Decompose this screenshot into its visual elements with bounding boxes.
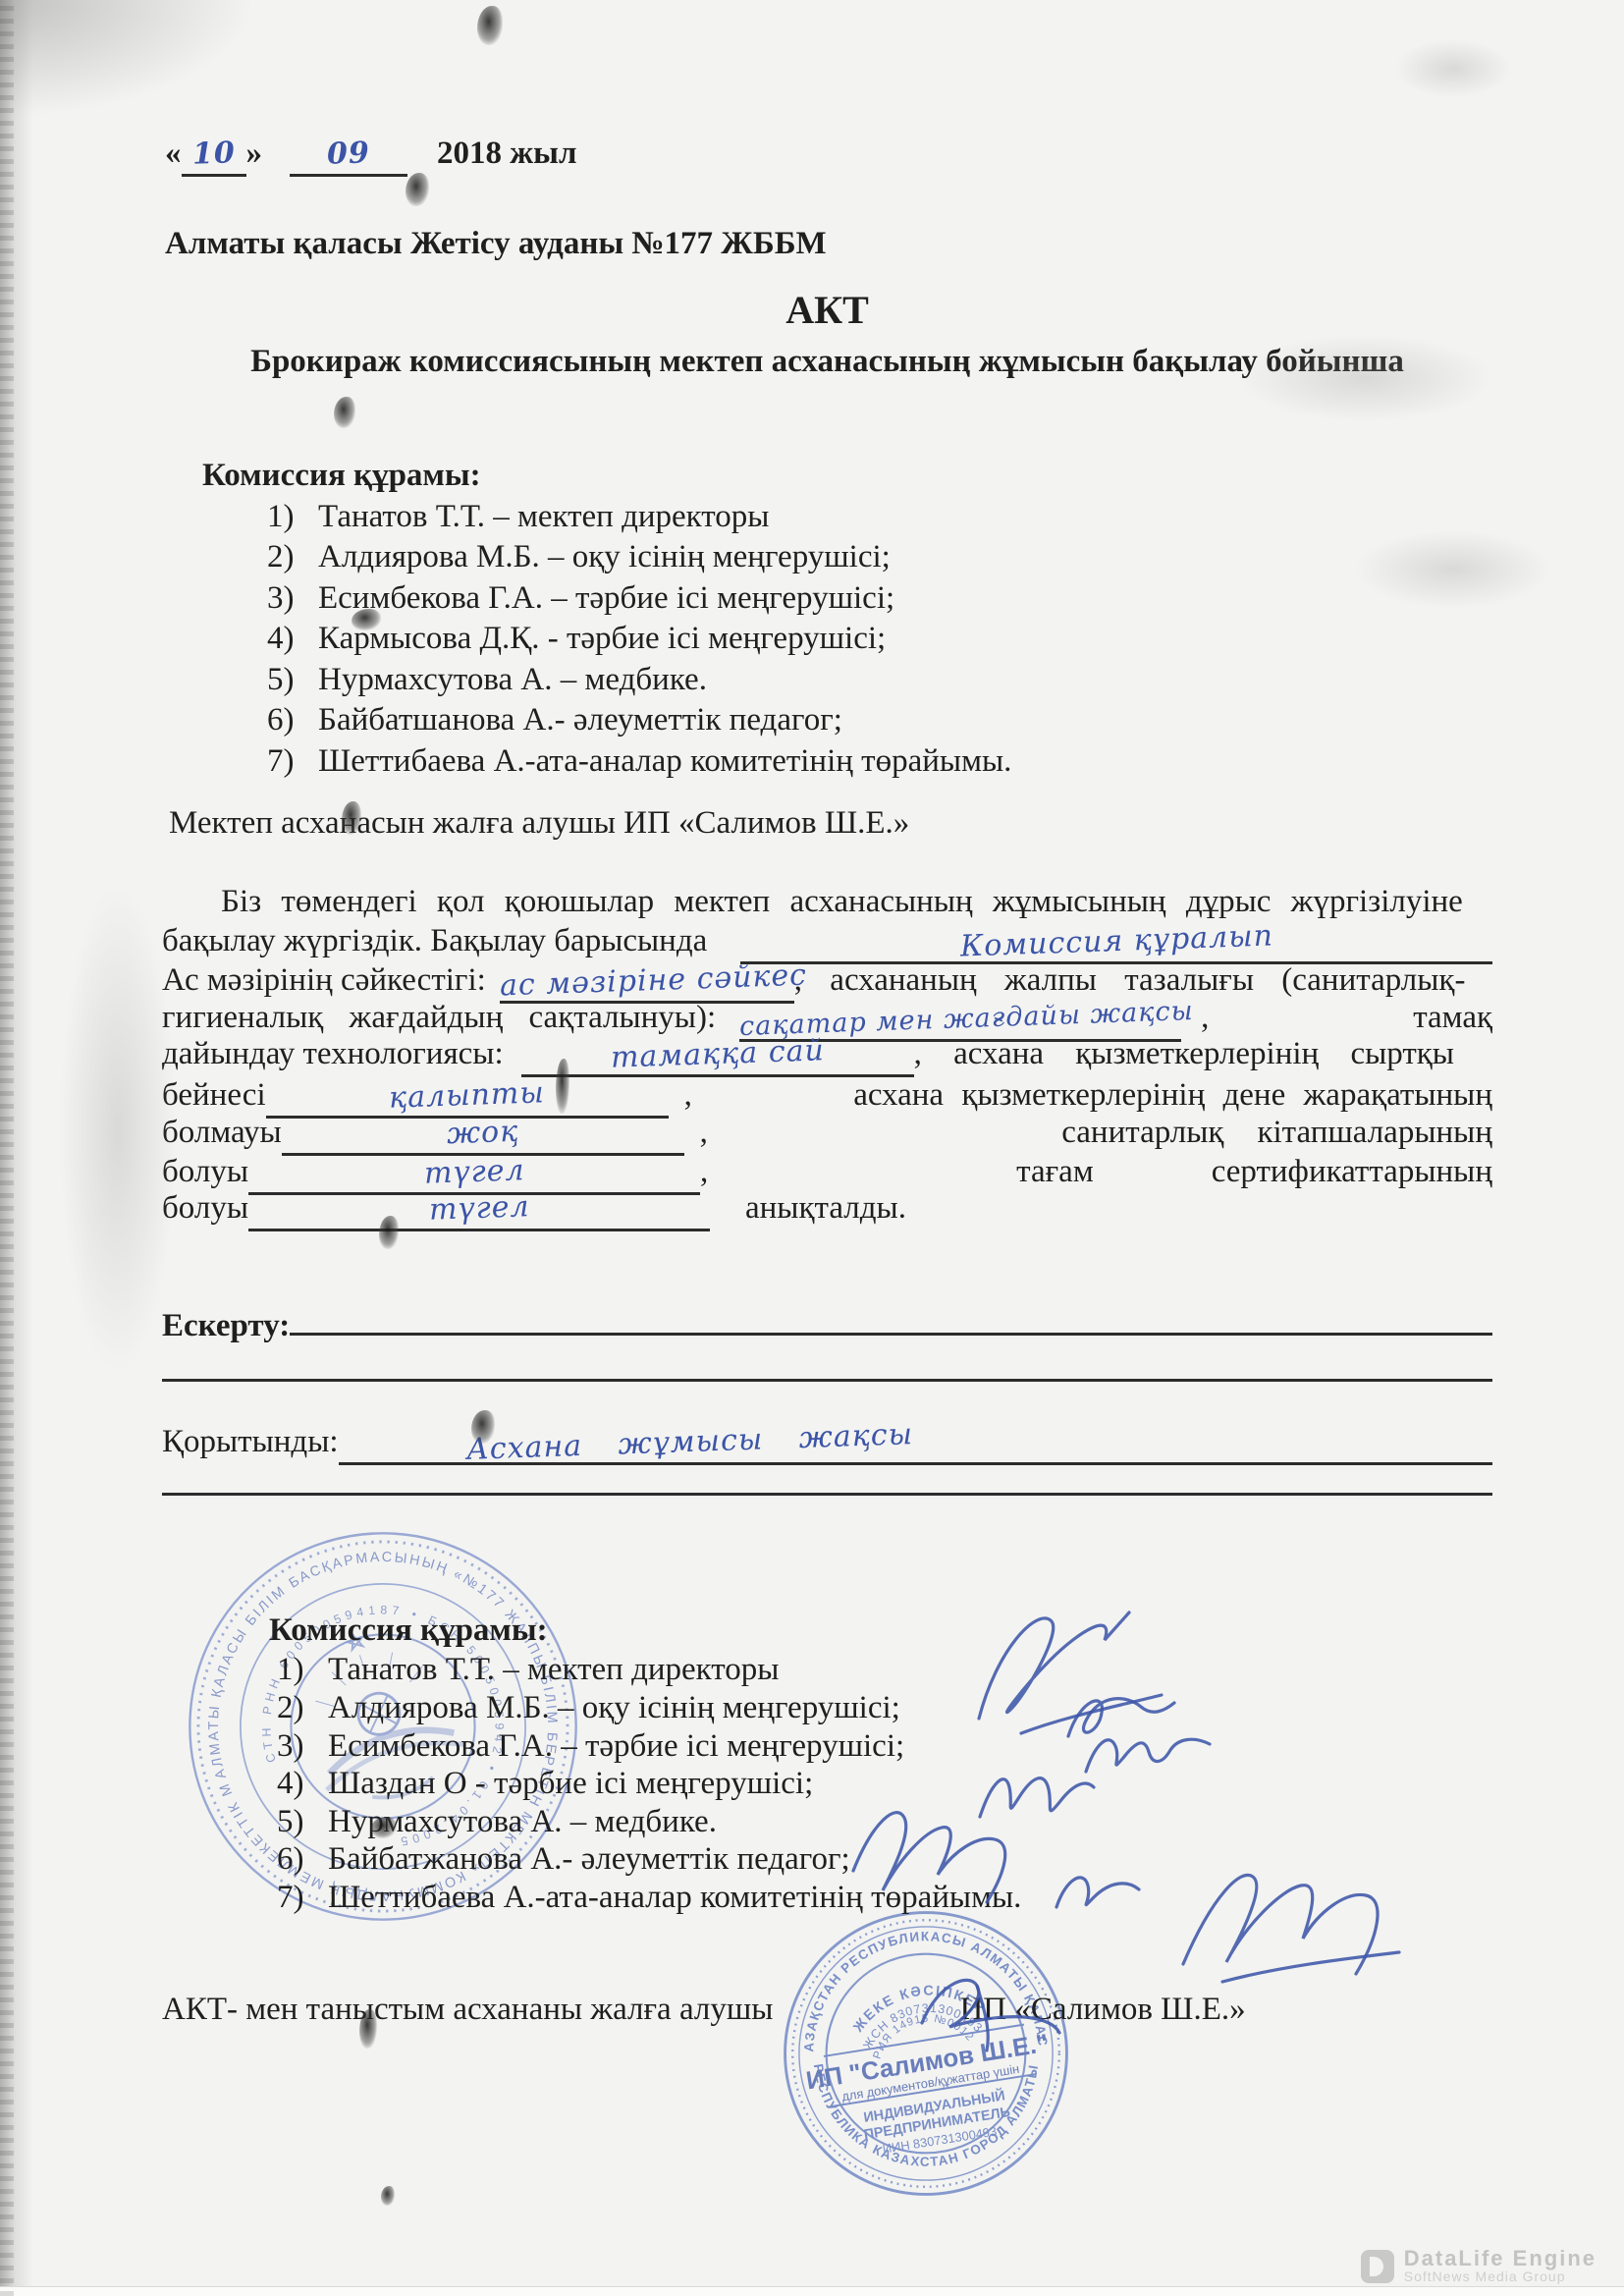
ink-smudge bbox=[406, 173, 429, 206]
item-number: 1) bbox=[277, 1650, 328, 1689]
signature-aldiyarova bbox=[1062, 1687, 1180, 1748]
fill-field: Комиссия құралып bbox=[740, 921, 1492, 964]
body-line-9: болуы түгел анықталды. bbox=[162, 1188, 1492, 1231]
body-line-2: бақылау жүргіздік. Бақылау барысында Ком… bbox=[162, 921, 1492, 964]
fill-field: түгел bbox=[248, 1188, 710, 1231]
date-month-handwriting: 09 bbox=[326, 134, 370, 175]
body-line-1: Біз төмендегі қол қоюшылар мектеп асхана… bbox=[221, 882, 1492, 921]
commission2-item: 1)Танатов Т.Т. – мектеп директоры bbox=[277, 1650, 779, 1689]
item-number: 7) bbox=[277, 1878, 328, 1917]
scan-bottom-edge bbox=[0, 2286, 1624, 2296]
qorytyndy-fill-field: Асхана жұмысы жақсы bbox=[339, 1422, 1492, 1465]
commission1-item: 7)Шеттибаева А.-ата-аналар комитетінің т… bbox=[267, 741, 1011, 781]
commission1-heading: Комиссия құрамы: bbox=[202, 456, 481, 495]
qorytyndy-label: Қорытынды: bbox=[162, 1422, 339, 1461]
paper-noise bbox=[59, 884, 177, 1375]
date-month-field: 09 bbox=[290, 134, 407, 177]
date-open-quote: « bbox=[165, 134, 182, 173]
handwriting: тамаққа сай bbox=[610, 1031, 825, 1078]
organization-line: Алматы қаласы Жетісу ауданы №177 ЖББМ bbox=[165, 224, 827, 263]
printed-text: санитарлық bbox=[1061, 1113, 1223, 1152]
item-number: 6) bbox=[267, 700, 318, 739]
scan-corner-shade bbox=[0, 0, 255, 118]
printed-text: тағам bbox=[1016, 1152, 1094, 1191]
item-text: Шеттибаева А.-ата-аналар комитетінің төр… bbox=[328, 1880, 1021, 1915]
commission2-heading: Комиссия құрамы: bbox=[269, 1611, 548, 1650]
ink-smudge bbox=[381, 2186, 395, 2206]
signature-esimbekova bbox=[1080, 1724, 1218, 1783]
commission2-item: 7)Шеттибаева А.-ата-аналар комитетінің т… bbox=[277, 1878, 1021, 1917]
commission2-item: 3)Есимбекова Г.А. – тәрбие ісі меңгеруші… bbox=[277, 1726, 904, 1766]
item-number: 4) bbox=[267, 619, 318, 658]
printed-text: болуы bbox=[162, 1188, 248, 1228]
commission2-item: 6)Байбатжанова А.- әлеуметтік педагог; bbox=[277, 1839, 850, 1879]
eskertu-label: Ескерту: bbox=[162, 1306, 290, 1345]
item-text: Шеттибаева А.-ата-аналар комитетінің төр… bbox=[318, 743, 1011, 779]
item-text: Байбатжанова А.- әлеуметтік педагог; bbox=[328, 1841, 850, 1877]
item-number: 3) bbox=[267, 578, 318, 618]
item-number: 6) bbox=[277, 1839, 328, 1879]
fill-field: жоқ bbox=[282, 1113, 684, 1156]
item-text: Нурмахсутова А. – медбике. bbox=[328, 1804, 717, 1839]
item-text: Алдиярова М.Б. – оқу ісінің меңгерушісі; bbox=[318, 539, 891, 574]
printed-comma: , bbox=[700, 1152, 708, 1191]
item-number: 2) bbox=[277, 1688, 328, 1727]
item-text: Нурмахсутова А. – медбике. bbox=[318, 662, 707, 697]
item-number: 1) bbox=[267, 497, 318, 536]
commission2-item: 2)Алдиярова М.Б. – оқу ісінің меңгерушіс… bbox=[277, 1688, 900, 1727]
item-number: 3) bbox=[277, 1726, 328, 1766]
paper-noise bbox=[1355, 530, 1551, 609]
commission1-item: 5)Нурмахсутова А. – медбике. bbox=[267, 660, 707, 699]
signature-shazdan bbox=[972, 1758, 1100, 1836]
printed-text: , асхана қызметкерлерінің сыртқы bbox=[914, 1034, 1492, 1073]
printed-text: бақылау жүргіздік. Бақылау барысында bbox=[162, 921, 707, 960]
printed-text: бейнесі bbox=[162, 1075, 266, 1115]
commission1-item: 6)Байбатшанова А.- әлеуметтік педагог; bbox=[267, 700, 842, 739]
date-year: 2018 жыл bbox=[437, 134, 576, 173]
handwriting: түгел bbox=[428, 1187, 530, 1230]
akt-prefix: АКТ- мен таныстым асхананы жалға алушы bbox=[162, 1990, 773, 2029]
watermark-subtitle: SoftNews Media Group bbox=[1404, 2269, 1597, 2284]
item-number: 5) bbox=[277, 1802, 328, 1841]
eskertu-row: Ескерту: bbox=[162, 1306, 1492, 1345]
ip-round-stamp: ҚАЗАҚСТАН РЕСПУБЛИКАСЫ АЛМАТЫ ҚАЛАСЫ РЕС… bbox=[776, 1903, 1076, 2204]
item-number: 4) bbox=[277, 1764, 328, 1803]
scan-left-streaks bbox=[0, 0, 14, 2296]
commission1-item: 1)Танатов Т.Т. – мектеп директоры bbox=[267, 497, 769, 536]
document-subtitle: Брокираж комиссиясының мектеп асханасыны… bbox=[162, 342, 1492, 381]
document-title: АКТ bbox=[162, 291, 1492, 330]
printed-text: болуы bbox=[162, 1152, 248, 1191]
printed-text: Ас мәзірінің сәйкестігі: bbox=[162, 960, 486, 1000]
printed-text: тамақ bbox=[1413, 998, 1492, 1037]
printed-comma: , bbox=[700, 1113, 708, 1152]
item-text: Алдиярова М.Б. – оқу ісінің меңгерушісі; bbox=[328, 1690, 900, 1725]
item-text: Кармысова Д.Қ. - тәрбие ісі меңгерушісі; bbox=[318, 621, 886, 656]
watermark: DataLife Engine SoftNews Media Group bbox=[1361, 2249, 1597, 2284]
scanned-document-page: { "page": { "date": {"open": "«", "day":… bbox=[0, 0, 1624, 2296]
printed-text: болмауы bbox=[162, 1113, 282, 1152]
printed-text: асхана қызметкерлерінің дене жарақатының bbox=[853, 1075, 1492, 1115]
ink-smudge bbox=[477, 6, 503, 45]
eskertu-fill-field bbox=[290, 1333, 1492, 1336]
item-text: Есимбекова Г.А. – тәрбие ісі меңгерушісі… bbox=[328, 1728, 904, 1764]
qorytyndy-blank-line bbox=[162, 1493, 1492, 1496]
watermark-name: DataLife Engine bbox=[1404, 2249, 1597, 2269]
item-text: Байбатшанова А.- әлеуметтік педагог; bbox=[318, 702, 842, 738]
item-text: Танатов Т.Т. – мектеп директоры bbox=[318, 499, 769, 534]
commission2-item: 4)Шаздан О - тәрбие ісі меңгерушісі; bbox=[277, 1764, 813, 1803]
printed-text: дайындау технологиясы: bbox=[162, 1034, 504, 1073]
item-text: Есимбекова Г.А. – тәрбие ісі меңгерушісі… bbox=[318, 580, 894, 616]
body-line-7: болмауы жоқ , санитарлық кітапшаларының bbox=[162, 1113, 1492, 1156]
printed-comma: , bbox=[684, 1075, 692, 1115]
renter-line: Мектеп асханасын жалға алушы ИП «Салимов… bbox=[169, 803, 909, 843]
scan-left-edge bbox=[0, 0, 33, 2296]
paper-noise bbox=[1394, 39, 1512, 98]
body-line-5: дайындау технологиясы: тамаққа сай , асх… bbox=[162, 1034, 1492, 1077]
akt-suffix: ИП «Салимов Ш.Е.» bbox=[959, 1990, 1245, 2029]
printed-text: кітапшаларының bbox=[1257, 1113, 1492, 1152]
ink-smudge bbox=[334, 397, 355, 428]
qorytyndy-row: Қорытынды: Асхана жұмысы жақсы bbox=[162, 1422, 1492, 1465]
eskertu-blank-line bbox=[162, 1379, 1492, 1382]
date-line: « 10 » 09 2018 жыл bbox=[165, 134, 576, 177]
handwriting: жоқ bbox=[446, 1113, 519, 1155]
qorytyndy-handwriting: Асхана жұмысы жақсы bbox=[465, 1415, 913, 1470]
fill-field: тамаққа сай bbox=[521, 1034, 914, 1077]
commission1-item: 3)Есимбекова Г.А. – тәрбие ісі меңгеруші… bbox=[267, 578, 894, 618]
printed-text: анықталды. bbox=[745, 1188, 906, 1228]
akt-footer-line: АКТ- мен таныстым асхананы жалға алушы И… bbox=[162, 1990, 1492, 2029]
printed-comma: , bbox=[1201, 998, 1209, 1037]
item-number: 2) bbox=[267, 537, 318, 576]
commission1-item: 2)Алдиярова М.Б. – оқу ісінің меңгерушіс… bbox=[267, 537, 891, 576]
date-close-quote: » bbox=[246, 134, 263, 173]
item-number: 7) bbox=[267, 741, 318, 781]
printed-text: гигиеналық жағдайдың сақталынуы): bbox=[162, 998, 716, 1037]
commission2-item: 5)Нурмахсутова А. – медбике. bbox=[277, 1802, 717, 1841]
commission1-item: 4)Кармысова Д.Қ. - тәрбие ісі меңгерушіс… bbox=[267, 619, 886, 658]
date-day-handwriting: 10 bbox=[191, 134, 236, 175]
signature-shettibaeva bbox=[1164, 1856, 1409, 1994]
item-number: 5) bbox=[267, 660, 318, 699]
datalife-logo-icon bbox=[1361, 2250, 1394, 2283]
signature-tanatov bbox=[967, 1601, 1173, 1748]
item-text: Танатов Т.Т. – мектеп директоры bbox=[328, 1652, 779, 1687]
item-text: Шаздан О - тәрбие ісі меңгерушісі; bbox=[328, 1766, 813, 1801]
handwriting: Комиссия құралып bbox=[959, 916, 1273, 966]
printed-text: сертификаттарының bbox=[1212, 1152, 1492, 1191]
handwriting: қалыпты bbox=[389, 1073, 546, 1119]
date-day-field: 10 bbox=[182, 134, 246, 177]
